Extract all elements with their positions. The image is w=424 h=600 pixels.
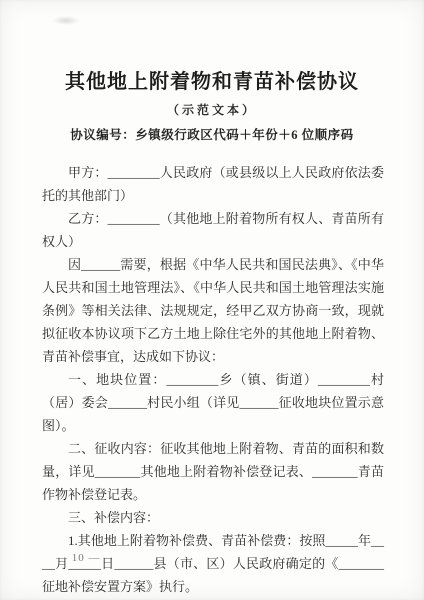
paragraph-preamble: 因______需要，根据《中华人民共和国民法典》、《中华人民共和国土地管理法》、… — [42, 253, 384, 368]
paragraph-party-a: 甲方：________人民政府（或县级以上人民政府依法委托的其他部门） — [42, 161, 384, 207]
paragraph-party-b: 乙方：________（其他地上附着物所有权人、青苗所有权人） — [42, 207, 384, 253]
document-subtitle: （示范文本） — [0, 102, 424, 118]
paragraph-clause-2-content: 二、征收内容：征收其他地上附着物、青苗的面积和数量，详见_______其他地上附… — [42, 437, 384, 506]
paragraph-clause-3-heading: 三、补偿内容： — [42, 506, 384, 529]
document-page: 其他地上附着物和青苗补偿协议 （示范文本） 协议编号：乡镇级行政区代码＋年份＋6… — [0, 0, 424, 600]
paragraph-clause-1-location: 一、地块位置：________乡（镇、街道）________村（居）委会____… — [42, 368, 384, 437]
page-number: — 10 — — [56, 552, 101, 564]
document-title: 其他地上附着物和青苗补偿协议 — [20, 70, 404, 94]
document-body: 甲方：________人民政府（或县级以上人民政府依法委托的其他部门） 乙方：_… — [42, 161, 384, 598]
agreement-number-line: 协议编号：乡镇级行政区代码＋年份＋6 位顺序码 — [0, 127, 424, 144]
scan-artifact — [52, 16, 80, 25]
